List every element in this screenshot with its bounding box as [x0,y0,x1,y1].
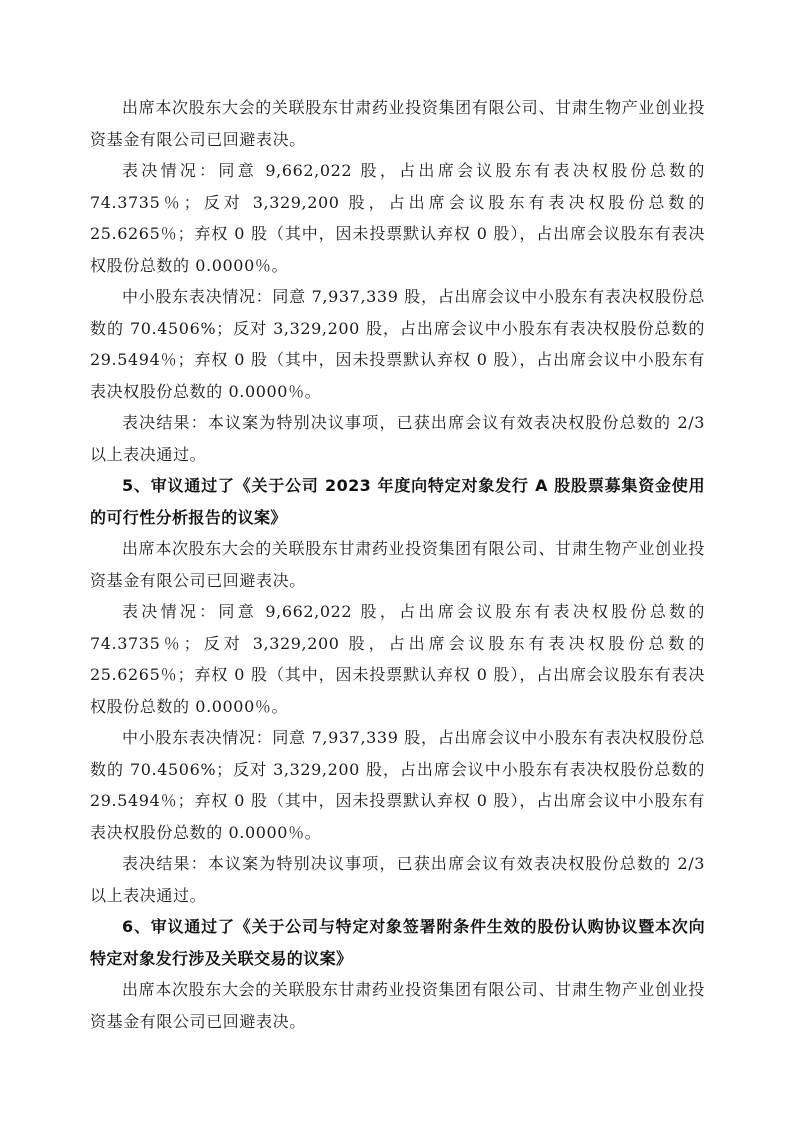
para-recusal-shareholders-1: 出席本次股东大会的关联股东甘肃药业投资集团有限公司、甘肃生物产业创业投资基金有限… [90,92,705,155]
para-voting-outcome-2: 表决结果：本议案为特别决议事项，已获出席会议有效表决权股份总数的 2/3 以上表… [90,848,705,911]
para-voting-minority-2: 中小股东表决情况：同意 7,937,339 股，占出席会议中小股东有表决权股份总… [90,722,705,848]
para-voting-overall-2: 表决情况：同意 9,662,022 股，占出席会议股东有表决权股份总数的 74.… [90,596,705,722]
para-voting-overall-1: 表决情况：同意 9,662,022 股，占出席会议股东有表决权股份总数的 74.… [90,155,705,281]
heading-proposal-5: 5、审议通过了《关于公司 2023 年度向特定对象发行 A 股股票募集资金使用的… [90,470,705,533]
para-voting-minority-1: 中小股东表决情况：同意 7,937,339 股，占出席会议中小股东有表决权股份总… [90,281,705,407]
para-voting-outcome-1: 表决结果：本议案为特别决议事项，已获出席会议有效表决权股份总数的 2/3 以上表… [90,407,705,470]
document-body: 出席本次股东大会的关联股东甘肃药业投资集团有限公司、甘肃生物产业创业投资基金有限… [90,92,705,1037]
para-recusal-shareholders-3: 出席本次股东大会的关联股东甘肃药业投资集团有限公司、甘肃生物产业创业投资基金有限… [90,974,705,1037]
heading-proposal-6: 6、审议通过了《关于公司与特定对象签署附条件生效的股份认购协议暨本次向特定对象发… [90,911,705,974]
document-page: 出席本次股东大会的关联股东甘肃药业投资集团有限公司、甘肃生物产业创业投资基金有限… [0,0,793,1122]
para-recusal-shareholders-2: 出席本次股东大会的关联股东甘肃药业投资集团有限公司、甘肃生物产业创业投资基金有限… [90,533,705,596]
